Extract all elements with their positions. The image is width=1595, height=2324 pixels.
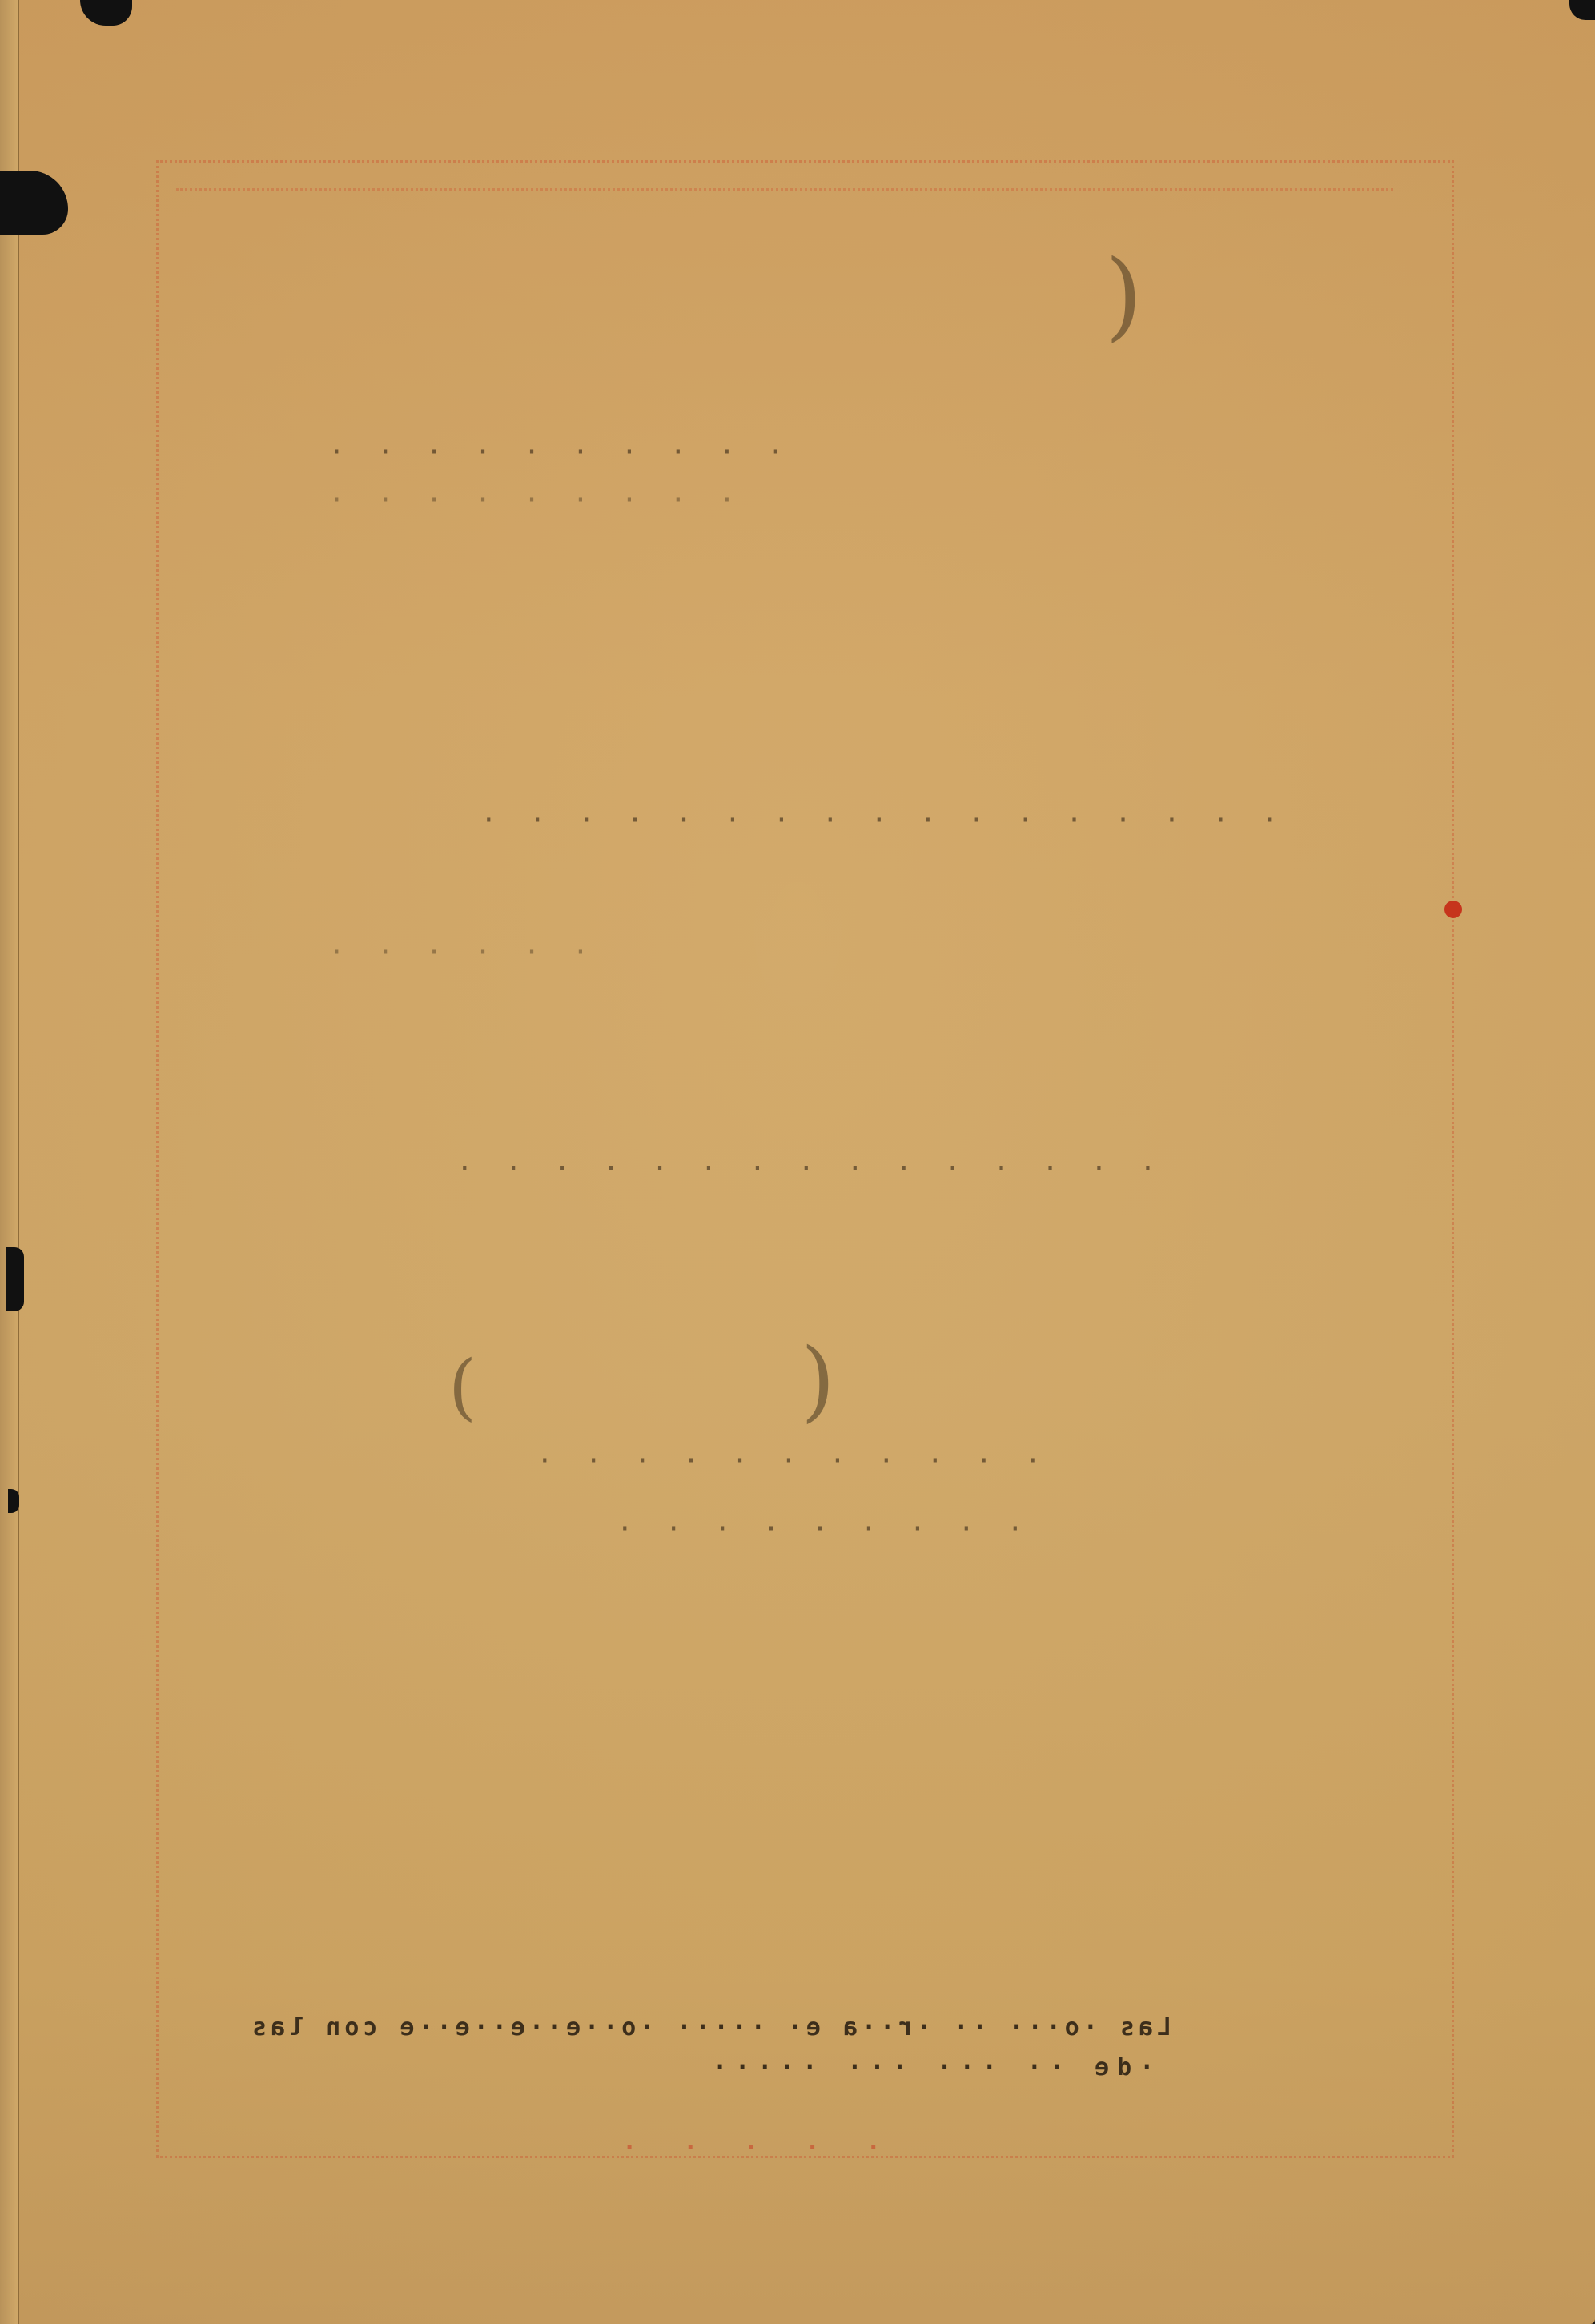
- bleed-line: · · · · · · · · · · · · · · · · ·: [472, 805, 1278, 837]
- document-page: ) ) ( · · · · · · · · · · · · · · · · · …: [0, 0, 1595, 2324]
- punch-hole-top: [0, 171, 68, 235]
- bleed-bottom-line-2: ·de ·· ··· ··· ·····: [705, 2053, 1154, 2081]
- torn-corner-top-left: [80, 0, 132, 26]
- red-header-rule: [176, 164, 1393, 191]
- bleed-bottom-line-1: Las ·o··· ·· ·r··a e· ····· ·o··e··e··e·…: [248, 2013, 1171, 2041]
- bleed-line: · · · · · · · · · · ·: [528, 1445, 1041, 1477]
- red-ink-spot: [1444, 901, 1462, 918]
- bleed-line: · · · · · · · · ·: [609, 1513, 1023, 1545]
- bleed-large-letter-mid-left: (: [448, 1345, 476, 1429]
- torn-edge-middle: [6, 1247, 24, 1311]
- torn-edge-lower: [8, 1489, 19, 1513]
- torn-corner-top-right: [1569, 0, 1595, 20]
- bleed-line: · · · · · · · · ·: [320, 484, 735, 516]
- bleed-line: · · · · · · · · · ·: [320, 436, 784, 468]
- bleed-line: · · · · · · · · · · · · · · ·: [448, 1153, 1156, 1185]
- bleed-large-letter-mid: ): [801, 1329, 835, 1431]
- page-spine-edge: [0, 0, 19, 2324]
- bleed-large-letter-top: ): [1105, 240, 1143, 351]
- red-stamp-bleed: · · · · ·: [609, 2129, 883, 2166]
- bleed-line: · · · · · ·: [320, 937, 589, 969]
